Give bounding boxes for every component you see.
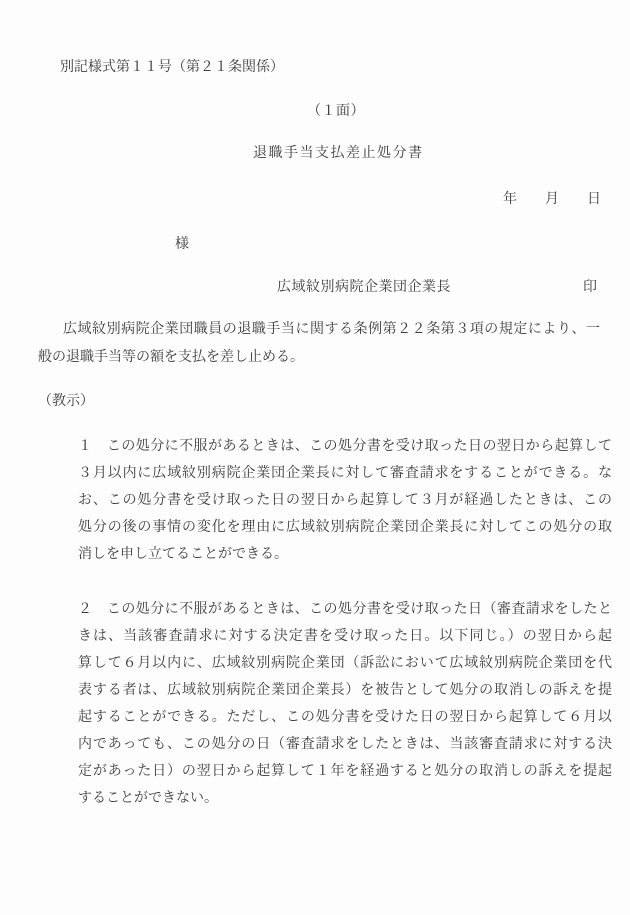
kyoji-item-2-line: 定があった日）の翌日から起算して１年を経過すると処分の取消しの訴えを提起 [78,758,612,785]
kyoji-item-2-line: 内であっても、この処分の日（審査請求をしたときは、当該審査請求に対する決 [78,731,612,758]
kyoji-item-2: ２ この処分に不服があるときは、この処分書を受け取った日（審査請求をしたと きは… [78,596,612,812]
kyoji-item-1-line: １ この処分に不服があるときは、この処分書を受け取った日の翌日から起算して [78,433,612,460]
main-clause-paragraph: 広域紋別病院企業団職員の退職手当に関する条例第２２条第３項の規定により、一 般の… [38,316,600,372]
main-clause-line: 広域紋別病院企業団職員の退職手当に関する条例第２２条第３項の規定により、一 [38,316,600,344]
kyoji-item-2-line: することができない。 [78,785,612,812]
seal-placeholder: 印 [583,279,597,297]
document-title: 退職手当支払差止処分書 [253,145,424,163]
kyoji-item-1: １ この処分に不服があるときは、この処分書を受け取った日の翌日から起算して ３月… [78,433,612,568]
kyoji-item-1-line: 消しを申し立てることができる。 [78,541,612,568]
kyoji-item-1-line: お、この処分書を受け取った日の翌日から起算して３月が経過したときは、この [78,487,612,514]
form-number: 別記様式第１１号（第２１条関係） [60,59,284,77]
kyoji-item-2-line: 算して６月以内に、広域紋別病院企業団（訴訟において広域紋別病院企業団を代 [78,650,612,677]
issuer-title: 広域紋別病院企業団企業長 [277,279,451,297]
kyoji-heading: （教示） [38,393,94,411]
kyoji-item-2-line: 起することができる。ただし、この処分書を受けた日の翌日から起算して６月以 [78,704,612,731]
main-clause-line: 般の退職手当等の額を支払を差し止める。 [38,344,600,372]
kyoji-item-2-line: きは、当該審査請求に対する決定書を受け取った日。以下同じ。）の翌日から起 [78,623,612,650]
kyoji-item-2-line: ２ この処分に不服があるときは、この処分書を受け取った日（審査請求をしたと [78,596,612,623]
date-line: 年 月 日 [503,191,601,209]
kyoji-item-2-line: 表する者は、広域紋別病院企業団企業長）を被告として処分の取消しの訴えを提 [78,677,612,704]
kyoji-item-1-line: ３月以内に広域紋別病院企業団企業長に対して審査請求をすることができる。な [78,460,612,487]
kyoji-item-1-line: 処分の後の事情の変化を理由に広域紋別病院企業団企業長に対してこの処分の取 [78,514,612,541]
page-face-label: （１面） [307,103,365,121]
document-page: 別記様式第１１号（第２１条関係） （１面） 退職手当支払差止処分書 年 月 日 … [0,0,630,915]
recipient-suffix: 様 [175,236,189,254]
